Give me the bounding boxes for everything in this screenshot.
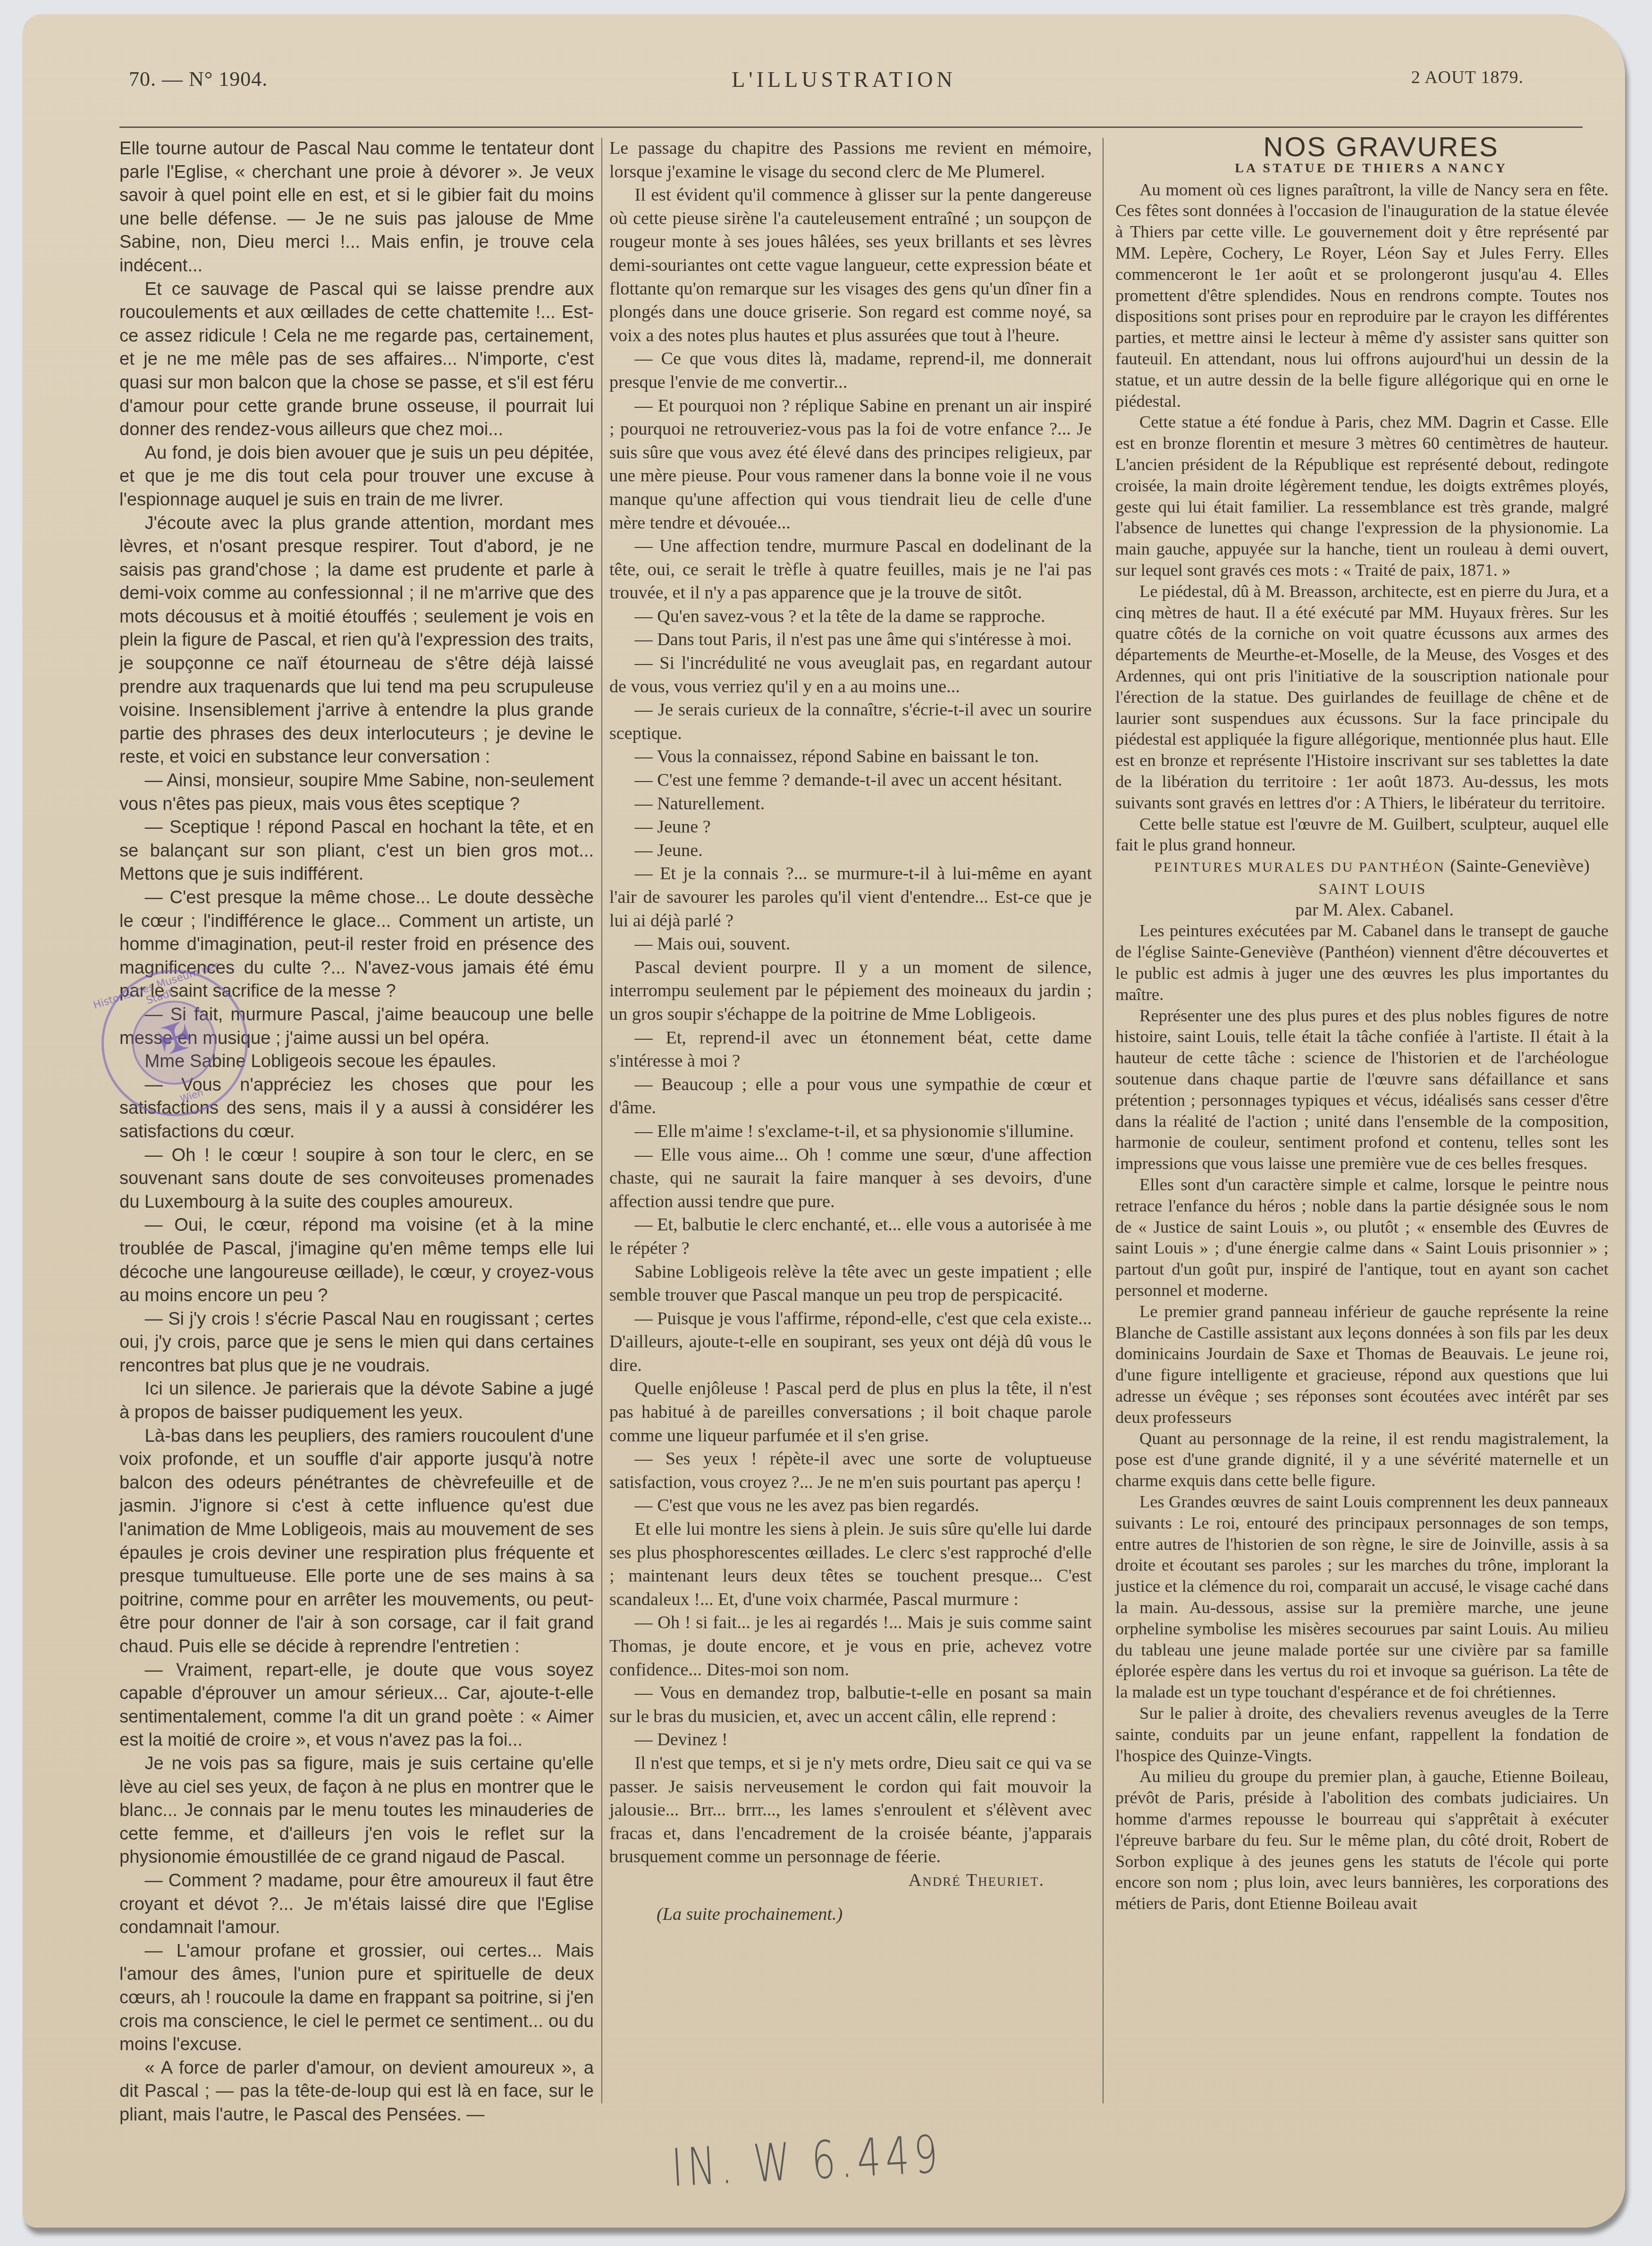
paragraph: — Jeune ? (609, 816, 1092, 839)
article-title-main: PEINTURES MURALES DU PANTHÉON (1154, 859, 1445, 875)
paragraph: — Comment ? madame, pour être amoureux i… (119, 1869, 594, 1939)
paragraph: — Ainsi, monsieur, soupire Mme Sabine, n… (119, 769, 594, 816)
column-divider-left (601, 138, 602, 2103)
article-title-thiers: LA STATUE DE THIERS A NANCY (1115, 158, 1609, 179)
paragraph: Les Grandes œuvres de saint Louis compre… (1115, 1491, 1609, 1703)
newspaper-page: 70. — N° 1904. L'ILLUSTRATION 2 AOUT 187… (23, 14, 1625, 2228)
paragraph: Ici un silence. Je parierais que la dévo… (119, 1377, 594, 1424)
paragraph: Sur le palier à droite, des chevaliers r… (1115, 1703, 1609, 1766)
paragraph: Quant au personnage de la reine, il est … (1115, 1428, 1609, 1491)
paragraph: — Devinez ! (609, 1728, 1092, 1752)
paragraph: — Vous en demandez trop, balbutie-t-elle… (609, 1682, 1092, 1728)
paragraph: — C'est une femme ? demande-t-il avec un… (609, 769, 1092, 792)
left-column: Elle tourne autour de Pascal Nau comme l… (119, 137, 594, 2126)
paragraph: Le passage du chapitre des Passions me r… (609, 137, 1092, 184)
section-title: NOS GRAVURES (1115, 137, 1609, 158)
paragraph: Les peintures exécutées par M. Cabanel d… (1115, 920, 1609, 1005)
paragraph: — Beaucoup ; elle a pour vous une sympat… (609, 1073, 1092, 1120)
paragraph: Là-bas dans les peupliers, des ramiers r… (119, 1424, 594, 1658)
paragraph: — Puisque je vous l'affirme, répond-elle… (609, 1307, 1092, 1378)
paragraph: Le piédestal, dû à M. Breasson, architec… (1115, 581, 1609, 814)
paragraph: — Et, reprend-il avec un étonnement béat… (609, 1026, 1092, 1073)
paragraph: — Elle vous aime... Oh ! comme une sœur,… (609, 1144, 1092, 1214)
paragraph: — Oui, le cœur, répond ma voisine (et à … (119, 1213, 594, 1307)
issue-date: 2 AOUT 1879. (1411, 67, 1524, 88)
paragraph: Représenter une des plus pures et des pl… (1115, 1005, 1609, 1174)
article-byline: par M. Alex. Cabanel. (1115, 900, 1609, 921)
page-number: 70. — N° 1904. (129, 67, 268, 91)
paragraph: — Si j'y crois ! s'écrie Pascal Nau en r… (119, 1307, 594, 1378)
right-column: NOS GRAVURES LA STATUE DE THIERS A NANCY… (1115, 137, 1609, 1914)
article-title-paren: (Sainte-Geneviève) (1450, 856, 1589, 876)
paragraph: Il n'est que temps, et si je n'y mets or… (609, 1752, 1092, 1869)
paragraph: — Et, balbutie le clerc enchanté, et... … (609, 1213, 1092, 1260)
column-divider-right (1103, 138, 1104, 2103)
article-title-pantheon: PEINTURES MURALES DU PANTHÉON (Sainte-Ge… (1115, 856, 1609, 878)
paragraph: — Naturellement. (609, 792, 1092, 816)
paragraph: Au moment où ces lignes paraîtront, la v… (1115, 179, 1609, 412)
paragraph: — Et pourquoi non ? réplique Sabine en p… (609, 395, 1092, 535)
paragraph: Cette statue a été fondue à Paris, chez … (1115, 412, 1609, 580)
paragraph: Et ce sauvage de Pascal qui se laisse pr… (119, 278, 594, 441)
article-thiers-body: Au moment où ces lignes paraîtront, la v… (1115, 179, 1609, 856)
paragraph: — Elle m'aime ! s'exclame-t-il, et sa ph… (609, 1120, 1092, 1144)
paragraph: Elles sont d'un caractère simple et calm… (1115, 1174, 1609, 1301)
paragraph: — Une affection tendre, murmure Pascal e… (609, 535, 1092, 605)
paragraph: — Sceptique ! répond Pascal en hochant l… (119, 816, 594, 886)
paragraph: Et elle lui montre les siens à plein. Je… (609, 1518, 1092, 1611)
paragraph: — Qu'en savez-vous ? et la tête de la da… (609, 605, 1092, 629)
paragraph: Le premier grand panneau inférieur de ga… (1115, 1301, 1609, 1428)
paragraph: J'écoute avec la plus grande attention, … (119, 512, 594, 769)
paragraph: — Vous la connaissez, répond Sabine en b… (609, 745, 1092, 769)
paragraph: Il est évident qu'il commence à glisser … (609, 184, 1092, 347)
author-signature: André Theuriet. (609, 1869, 1092, 1893)
paragraph: Pascal devient pourpre. Il y a un moment… (609, 956, 1092, 1026)
paragraph: — Ce que vous dites là, madame, reprend-… (609, 347, 1092, 394)
header-rule (119, 126, 1583, 128)
paragraph: Elle tourne autour de Pascal Nau comme l… (119, 137, 594, 278)
paragraph: — Vraiment, repart-elle, je doute que vo… (119, 1658, 594, 1752)
paragraph: — Et je la connais ?... se murmure-t-il … (609, 862, 1092, 933)
paragraph: Quelle enjôleuse ! Pascal perd de plus e… (609, 1377, 1092, 1447)
paragraph: Au fond, je dois bien avouer que je suis… (119, 441, 594, 512)
paragraph: — Oh ! si fait... je les ai regardés !..… (609, 1611, 1092, 1682)
article-subtitle: SAINT LOUIS (1115, 878, 1609, 900)
paragraph: Je ne vois pas sa figure, mais je suis c… (119, 1752, 594, 1869)
paragraph: « A force de parler d'amour, on devient … (119, 2056, 594, 2127)
middle-column: Le passage du chapitre des Passions me r… (609, 137, 1092, 1926)
paragraph: Cette belle statue est l'œuvre de M. Gui… (1115, 814, 1609, 856)
article-pantheon-body: Les peintures exécutées par M. Cabanel d… (1115, 920, 1609, 1914)
paragraph: — C'est que vous ne les avez pas bien re… (609, 1494, 1092, 1518)
masthead: L'ILLUSTRATION (632, 67, 1056, 92)
paragraph: — Ses yeux ! répète-il avec une sorte de… (609, 1447, 1092, 1494)
paragraph: — Oh ! le cœur ! soupire à son tour le c… (119, 1144, 594, 1214)
paragraph: Sabine Lobligeois relève la tête avec un… (609, 1261, 1092, 1307)
paragraph: — L'amour profane et grossier, oui certe… (119, 1939, 594, 2056)
paragraph: — Mais oui, souvent. (609, 933, 1092, 956)
continuation-note: (La suite prochainement.) (609, 1903, 1092, 1926)
paragraph: — Dans tout Paris, il n'est pas une âme … (609, 628, 1092, 652)
paragraph: — Je serais curieux de la connaître, s'é… (609, 698, 1092, 745)
paragraph: Au milieu du groupe du premier plan, à g… (1115, 1766, 1609, 1914)
paragraph: — Si l'incrédulité ne vous aveuglait pas… (609, 652, 1092, 698)
middle-column-text: Le passage du chapitre des Passions me r… (609, 137, 1092, 1869)
paragraph: — Jeune. (609, 839, 1092, 863)
